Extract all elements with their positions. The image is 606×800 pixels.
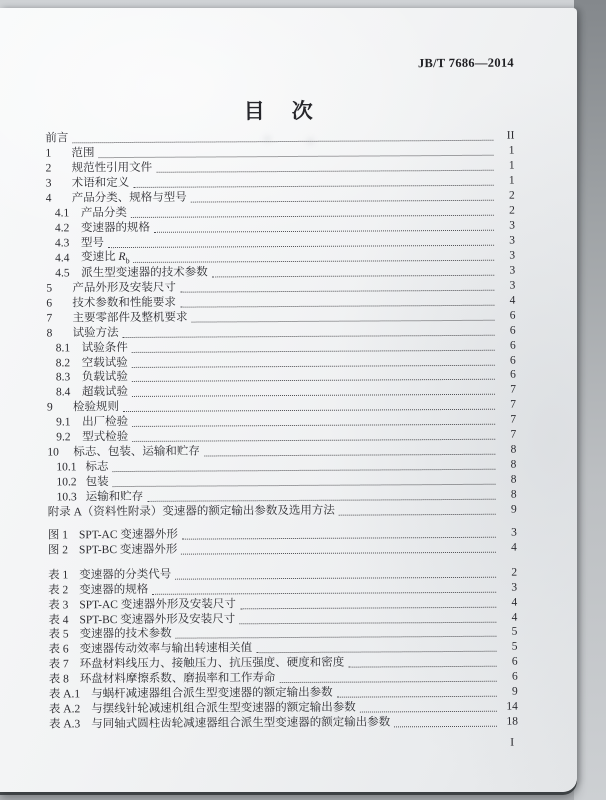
toc-entry-label: 标志、包装、运输和贮存	[73, 446, 200, 460]
toc-entry-page: 6	[498, 369, 516, 383]
toc-entry-page: 5	[499, 626, 517, 640]
toc-dot-leader	[176, 636, 497, 639]
toc-title: 目 次	[45, 98, 514, 125]
toc-entry-label: 与摆线针轮减速机组合派生型变速器的额定输出参数	[91, 702, 356, 717]
toc-entry-number: 表 4	[48, 614, 68, 628]
toc-entry-number: 10.3	[57, 491, 77, 505]
toc-entry-number: 表 A.2	[49, 703, 80, 717]
toc-entry-number: 表 1	[48, 569, 68, 583]
toc-entry-number: 4.3	[55, 237, 72, 251]
toc-entry-page: 3	[497, 220, 515, 234]
toc-entry-label: 产品外形及安装尺寸	[72, 281, 176, 295]
toc-entry-label: 变速器的技术参数	[80, 628, 172, 642]
toc-entry-label: 型式检验	[82, 431, 128, 445]
toc-entry-label: SPT-BC 变速器外形	[79, 543, 177, 557]
toc-entry: 图 2 SPT-BC 变速器外形 4	[48, 540, 517, 558]
toc-entry-number: 6	[46, 297, 63, 311]
toc-dot-leader	[240, 606, 496, 609]
toc-entry-label: 变速器的分类代号	[79, 568, 171, 582]
toc-entry-number: 8.2	[56, 357, 73, 371]
toc-entry-page: 3	[497, 264, 515, 278]
toc-entry-label: 变速器的规格	[79, 583, 148, 597]
toc-table-list: 表 1 变速器的分类代号 2 表 2 变速器的规格 3 表 3 SPT-AC 变…	[48, 565, 518, 732]
toc-entry-page: 6	[500, 671, 518, 685]
toc-entry-page: 5	[499, 641, 517, 655]
toc-entry-number: 表 6	[48, 644, 68, 658]
toc-dot-leader	[175, 576, 496, 579]
toc-entry-number: 9.2	[56, 432, 73, 446]
toc-dot-leader	[182, 537, 496, 540]
standard-number: JB/T 7686—2014	[45, 56, 514, 74]
toc-entry-number: 2	[46, 163, 63, 177]
toc-entry-label: 主要零部件及整机要求	[72, 311, 187, 325]
toc-entry-page: 6	[497, 309, 515, 323]
toc-dot-leader	[113, 469, 496, 472]
toc-entry-number: 9.1	[56, 417, 73, 431]
toc-dot-leader	[192, 319, 495, 322]
toc-entry-number: 8.4	[56, 387, 73, 401]
toc-entry-number: 7	[46, 312, 63, 326]
toc-entry-label: 前言	[45, 133, 68, 147]
toc-dot-leader	[132, 424, 495, 427]
toc-entry-page: 1	[497, 160, 515, 174]
toc-entry-label: 环盘材料摩擦系数、磨损率和工作寿命	[80, 672, 276, 687]
toc-entry-label: 出厂检验	[82, 416, 128, 430]
toc-entry-page: 3	[497, 235, 515, 249]
toc-entry-page: II	[496, 130, 514, 144]
toc-entry-label: 派生型变速器的技术参数	[81, 266, 208, 280]
toc-entry-number: 4.1	[55, 207, 72, 221]
toc-dot-leader	[156, 170, 493, 173]
toc-entry-label: SPT-BC 变速器外形及安装尺寸	[79, 613, 235, 627]
toc-dot-leader	[132, 364, 495, 367]
toc-dot-leader	[132, 349, 495, 352]
toc-entry-label: 技术参数和性能要求	[72, 296, 176, 310]
toc-entry-number: 8.3	[56, 372, 73, 386]
toc-entry-page: 4	[499, 611, 517, 625]
table-of-contents: 前言 II 1 范围 1 2 规范性引用文件 1 3 术语和定义 1 4 产品分…	[45, 129, 518, 732]
toc-entry-number: 10.2	[56, 476, 76, 490]
toc-entry: 表 A.3 与同轴式圆柱齿轮减速器组合派生型变速器的额定输出参数 18	[49, 714, 518, 732]
toc-entry-label: 范围	[71, 148, 94, 162]
toc-dot-leader	[339, 514, 496, 516]
toc-entry-label: 环盘材料线压力、接触压力、抗压强度、硬度和密度	[80, 657, 345, 672]
toc-dot-leader	[239, 621, 496, 624]
toc-entry-number: 4.4	[55, 252, 72, 266]
toc-entry-label: 型号	[81, 237, 104, 251]
toc-entry-page: 8	[498, 444, 516, 458]
toc-entry-page: 3	[499, 526, 517, 540]
toc-dot-leader	[123, 334, 495, 337]
toc-dot-leader	[256, 651, 496, 653]
toc-entry-label: 超载试验	[82, 386, 128, 400]
toc-entry: 附录 A（资料性附录）变速器的额定输出参数及选用方法 9	[48, 502, 517, 520]
toc-entry-label: 术语和定义	[72, 177, 130, 191]
toc-dot-leader	[133, 185, 493, 188]
toc-dot-leader	[279, 681, 496, 683]
toc-entry-label: 与同轴式圆柱齿轮减速器组合派生型变速器的额定输出参数	[91, 716, 390, 731]
toc-entry-label: 运输和贮存	[86, 491, 144, 505]
toc-entry-label: 检验规则	[73, 401, 119, 415]
toc-section-list: 前言 II 1 范围 1 2 规范性引用文件 1 3 术语和定义 1 4 产品分…	[45, 129, 516, 520]
toc-entry-page: 14	[500, 701, 518, 715]
toc-dot-leader	[132, 379, 495, 382]
toc-entry-number: 4.2	[55, 222, 72, 236]
toc-entry-number: 表 A.3	[49, 718, 80, 732]
toc-entry-number: 10.1	[56, 461, 76, 475]
toc-entry-label: 负载试验	[82, 371, 128, 385]
toc-entry-number: 4.5	[55, 267, 72, 281]
toc-entry-label: 试验条件	[82, 342, 128, 356]
toc-entry-label: 空载试验	[82, 356, 128, 370]
toc-entry-page: 1	[496, 145, 514, 159]
toc-entry-number: 图 2	[48, 544, 68, 558]
toc-entry-page: 7	[498, 429, 516, 443]
toc-entry-label: 变速器的规格	[81, 222, 150, 236]
toc-entry-number: 表 8	[49, 674, 69, 688]
toc-entry-page: 18	[500, 716, 518, 730]
toc-entry-label: 标志	[85, 461, 108, 475]
toc-entry-number: 1	[45, 148, 62, 162]
toc-dot-leader	[152, 591, 496, 594]
toc-entry-page: 2	[497, 190, 515, 204]
toc-entry-number: 表 5	[48, 629, 68, 643]
toc-entry-page: 9	[500, 686, 518, 700]
toc-entry-label: 附录 A（资料性附录）变速器的额定输出参数及选用方法	[48, 505, 335, 520]
toc-entry-label: 规范性引用文件	[72, 162, 153, 176]
toc-entry-page: 2	[497, 205, 515, 219]
toc-entry-page: 3	[497, 250, 515, 264]
toc-entry-number: 表 7	[49, 659, 69, 673]
toc-entry-page: 8	[499, 489, 517, 503]
page-content: JB/T 7686—2014 目 次 前言 II 1 范围 1 2 规范性引用文…	[0, 6, 579, 794]
toc-entry-number: 5	[46, 282, 63, 296]
toc-entry-page: 6	[498, 339, 516, 353]
toc-entry-label: 试验方法	[73, 327, 119, 341]
toc-entry-label: 变速器传动效率与输出转速相关值	[80, 643, 253, 658]
toc-dot-leader	[132, 439, 495, 442]
toc-entry-number: 4	[46, 193, 63, 207]
toc-dot-leader	[348, 666, 496, 668]
toc-dot-leader	[113, 484, 496, 487]
toc-entry-number: 表 2	[48, 584, 68, 598]
toc-entry-label: SPT-AC 变速器外形	[79, 528, 178, 542]
toc-entry-label: SPT-AC 变速器外形及安装尺寸	[79, 598, 236, 612]
toc-entry-page: 3	[497, 279, 515, 293]
toc-dot-leader	[180, 304, 495, 307]
toc-dot-leader	[131, 215, 494, 218]
page-number: I	[49, 736, 518, 751]
toc-entry-page: 7	[498, 414, 516, 428]
toc-entry-label: 变速比 Rb	[81, 251, 129, 266]
toc-entry-page: 9	[499, 503, 517, 517]
toc-entry-number: 3	[46, 178, 63, 192]
toc-entry-page: 6	[498, 354, 516, 368]
toc-dot-leader	[337, 696, 497, 698]
toc-entry-page: 4	[499, 596, 517, 610]
toc-entry-page: 1	[497, 175, 515, 189]
scanned-page: JB/T 7686—2014 目 次 前言 II 1 范围 1 2 规范性引用文…	[0, 8, 577, 792]
toc-dot-leader	[180, 290, 495, 293]
toc-entry-page: 4	[497, 294, 515, 308]
toc-entry-page: 6	[500, 656, 518, 670]
toc-entry-page: 6	[498, 324, 516, 338]
toc-entry-page: 3	[499, 581, 517, 595]
toc-dot-leader	[147, 499, 495, 502]
toc-entry-number: 图 1	[48, 529, 68, 543]
toc-entry-page: 7	[498, 384, 516, 398]
toc-entry-number: 8	[47, 327, 64, 341]
toc-entry-page: 8	[498, 459, 516, 473]
toc-entry-page: 2	[499, 566, 517, 580]
toc-entry-page: 7	[498, 399, 516, 413]
toc-dot-leader	[212, 275, 495, 278]
scanner-background-edge	[574, 0, 606, 800]
toc-entry-page: 4	[499, 541, 517, 555]
toc-entry-number: 9	[47, 402, 64, 416]
toc-entry-label: 产品分类、规格与型号	[72, 192, 187, 206]
toc-dot-leader	[191, 200, 494, 203]
toc-dot-leader	[181, 551, 496, 554]
toc-dot-leader	[154, 230, 494, 233]
toc-dot-leader	[123, 409, 495, 412]
toc-dot-leader	[132, 394, 495, 397]
toc-entry-label: 包装	[86, 476, 109, 490]
toc-entry-label: 产品分类	[81, 207, 127, 221]
toc-entry-number: 表 A.1	[49, 688, 80, 702]
toc-entry-label: 与蜗杆减速器组合派生型变速器的额定输出参数	[91, 687, 333, 702]
toc-entry-number: 表 3	[48, 599, 68, 613]
toc-dot-leader	[394, 726, 497, 728]
ink-bleed-through	[248, 128, 334, 153]
toc-dot-leader	[134, 260, 495, 263]
toc-entry-page: 8	[498, 474, 516, 488]
toc-entry-number: 8.1	[56, 342, 73, 356]
toc-dot-leader	[204, 454, 496, 457]
toc-dot-leader	[360, 711, 497, 713]
toc-entry-number: 10	[47, 446, 64, 460]
toc-figure-list: 图 1 SPT-AC 变速器外形 3 图 2 SPT-BC 变速器外形 4	[48, 525, 517, 558]
